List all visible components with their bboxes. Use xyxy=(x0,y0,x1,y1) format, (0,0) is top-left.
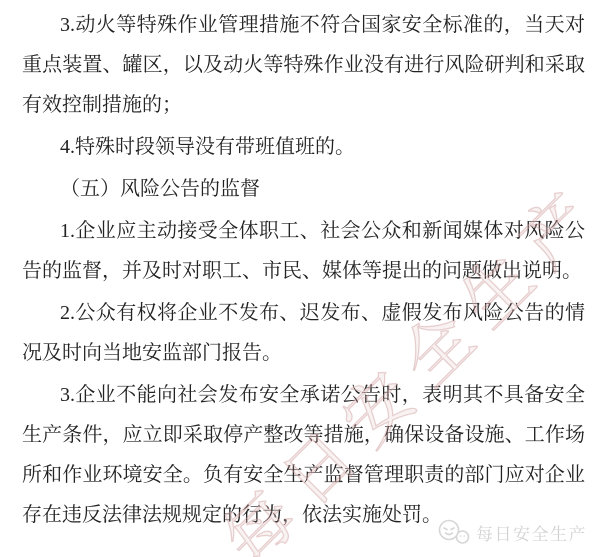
paragraph-public-report: 2.公众有权将企业不发布、迟发布、虚假发布风险公告的情况及时向当地安监部门报告。 xyxy=(22,293,585,373)
article-page: 3.动火等特殊作业管理措施不符合国家安全标准的，当天对重点装置、罐区，以及动火等… xyxy=(0,0,600,557)
section-heading-risk-notice-supervision: （五）风险公告的监督 xyxy=(22,169,585,209)
document-body: 3.动火等特殊作业管理措施不符合国家安全标准的，当天对重点装置、罐区，以及动火等… xyxy=(22,5,585,537)
paragraph-hot-work-measures: 3.动火等特殊作业管理措施不符合国家安全标准的，当天对重点装置、罐区，以及动火等… xyxy=(22,5,585,125)
paragraph-unable-to-publish: 3.企业不能向社会发布安全承诺公告时，表明其不具备安全生产条件，应立即采取停产整… xyxy=(22,375,585,535)
paragraph-accept-supervision: 1.企业应主动接受全体职工、社会公众和新闻媒体对风险公告的监督，并及时对职工、市… xyxy=(22,211,585,291)
paragraph-special-period-duty: 4.特殊时段领导没有带班值班的。 xyxy=(22,127,585,167)
